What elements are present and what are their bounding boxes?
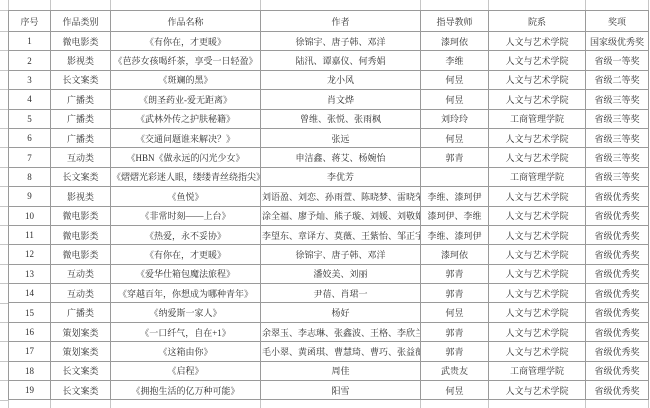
gridline-stub	[420, 0, 421, 10]
cell-category: 策划案类	[51, 322, 111, 341]
cell-category: 广播类	[51, 303, 111, 322]
table-row: 12 微电影类 《有你在，才更暖》 徐锦宇、唐子韩、邓洋 漆珂依 人文与艺术学院…	[9, 245, 649, 264]
cell-index: 18	[9, 361, 51, 380]
cell-index: 6	[9, 128, 51, 147]
table-row: 15 广播类 《纳爱斯一家人》 杨好 何昱 人文与艺术学院 省级优秀奖	[9, 303, 649, 322]
cell-authors: 刘语盈、刘恋、孙雨萱、陈晓梦、雷晓荣	[261, 187, 421, 206]
table-row: 18 长文案类 《启程》 周佳 武贵友 工商管理学院 省级优秀奖	[9, 361, 649, 380]
cell-award: 省级三等奖	[586, 167, 649, 186]
header-cell-faculty: 院系	[489, 11, 586, 32]
cell-faculty: 工商管理学院	[489, 109, 586, 128]
cell-index: 11	[9, 225, 51, 244]
cell-advisor: 漆珂依	[421, 245, 489, 264]
cell-title: 《穿越百年，你想成为哪种青年》	[111, 284, 261, 303]
cell-authors: 李望东、章译方、莫薇、王紫怡、邹正宇	[261, 225, 421, 244]
cell-category: 互动类	[51, 264, 111, 283]
gridline-stub	[488, 0, 489, 10]
gridline-stub	[260, 0, 261, 10]
cell-advisor	[421, 167, 489, 186]
gridline-stub	[0, 167, 8, 168]
cell-award: 省级优秀奖	[586, 264, 649, 283]
cell-faculty: 人文与艺术学院	[489, 284, 586, 303]
header-cell-category: 作品类别	[51, 11, 111, 32]
header-cell-award: 奖项	[586, 11, 649, 32]
cell-index: 5	[9, 109, 51, 128]
cell-authors: 杨好	[261, 303, 421, 322]
cell-award: 省级优秀奖	[586, 303, 649, 322]
cell-faculty: 人文与艺术学院	[489, 32, 586, 51]
cell-category: 微电影类	[51, 245, 111, 264]
cell-faculty: 人文与艺术学院	[489, 342, 586, 361]
table-row: 16 策划案类 《一口纤气，自在+1》 余翠玉、李志琳、张鑫波、王格、李欣兰 郭…	[9, 322, 649, 341]
cell-faculty: 人文与艺术学院	[489, 90, 586, 109]
cell-faculty: 人文与艺术学院	[489, 322, 586, 341]
cell-index: 2	[9, 51, 51, 70]
cell-advisor: 何昱	[421, 90, 489, 109]
cell-award: 省级优秀奖	[586, 361, 649, 380]
cell-authors: 余翠玉、李志琳、张鑫波、王格、李欣兰	[261, 322, 421, 341]
cell-category: 长文案类	[51, 381, 111, 400]
header-cell-index: 序号	[9, 11, 51, 32]
table-row: 8 长文案类 《熠熠光彩迷人眼，缕缕青丝绕指尖》 李优芳 工商管理学院 省级三等…	[9, 167, 649, 186]
cell-faculty: 人文与艺术学院	[489, 128, 586, 147]
cell-advisor: 漆珂伊、李维	[421, 206, 489, 225]
table-row: 2 影视类 《芭莎女孩喝纤茶，享受一日轻盈》 陆汛、谭嘉仪、何秀娟 李维 人文与…	[9, 51, 649, 70]
cell-faculty: 人文与艺术学院	[489, 148, 586, 167]
cell-faculty: 人文与艺术学院	[489, 225, 586, 244]
cell-authors: 李优芳	[261, 167, 421, 186]
cell-index: 14	[9, 284, 51, 303]
cell-index: 17	[9, 342, 51, 361]
cell-award: 省级三等奖	[586, 109, 649, 128]
cell-award: 省级优秀奖	[586, 284, 649, 303]
gridline-stub	[0, 31, 8, 32]
cell-title: 《启程》	[111, 361, 261, 380]
document-page: 序号 作品类别 作品名称 作者 指导教师 院系 奖项 1 微电影类 《有你在，才…	[0, 0, 650, 408]
cell-award: 省级优秀奖	[586, 187, 649, 206]
cell-award: 省级三等奖	[586, 90, 649, 109]
cell-index: 19	[9, 381, 51, 400]
table-row: 19 长文案类 《拥抱生活的亿万种可能》 阳雪 何昱 人文与艺术学院 省级优秀奖	[9, 381, 649, 400]
cell-category: 微电影类	[51, 32, 111, 51]
gridline-stub	[0, 380, 8, 381]
gridline-stub	[0, 206, 8, 207]
cell-title: 《交通问题谁来解决？》	[111, 128, 261, 147]
cell-title: 《鱼悦》	[111, 187, 261, 206]
cell-advisor: 何昱	[421, 70, 489, 89]
cell-faculty: 工商管理学院	[489, 361, 586, 380]
cell-faculty: 人文与艺术学院	[489, 206, 586, 225]
cell-award: 省级优秀奖	[586, 381, 649, 400]
gridline-stub	[585, 400, 586, 408]
table-header-row: 序号 作品类别 作品名称 作者 指导教师 院系 奖项	[9, 11, 649, 32]
cell-title: 《有你在，才更暖》	[111, 245, 261, 264]
gridline-stub	[0, 147, 8, 148]
cell-authors: 阳雪	[261, 381, 421, 400]
table-row: 1 微电影类 《有你在，才更暖》 徐锦宇、唐子韩、邓洋 漆珂依 人文与艺术学院 …	[9, 32, 649, 51]
cell-faculty: 人文与艺术学院	[489, 245, 586, 264]
cell-award: 省级优秀奖	[586, 206, 649, 225]
cell-index: 12	[9, 245, 51, 264]
cell-award: 省级优秀奖	[586, 322, 649, 341]
cell-category: 策划案类	[51, 342, 111, 361]
cell-title: 《HBN《做永远的闪光少女》	[111, 148, 261, 167]
table-row: 5 广播类 《武林外传之护肤秘籍》 曾维、张悦、张雨枫 刘玲玲 工商管理学院 省…	[9, 109, 649, 128]
cell-authors: 张远	[261, 128, 421, 147]
cell-award: 省级优秀奖	[586, 342, 649, 361]
gridline-stub	[0, 70, 8, 71]
cell-title: 《朗圣药业-爱无距离》	[111, 90, 261, 109]
cell-authors: 曾维、张悦、张雨枫	[261, 109, 421, 128]
gridline-stub	[0, 341, 8, 342]
gridline-stub	[0, 128, 8, 129]
cell-category: 微电影类	[51, 225, 111, 244]
table-row: 7 互动类 《HBN《做永远的闪光少女》 申洁鑫、蒋艾、杨婉怡 郭青 人文与艺术…	[9, 148, 649, 167]
cell-category: 微电影类	[51, 206, 111, 225]
gridline-stub	[0, 361, 8, 362]
gridline-stub	[0, 225, 8, 226]
gridline-stub	[0, 322, 8, 323]
cell-category: 长文案类	[51, 70, 111, 89]
cell-advisor: 何昱	[421, 381, 489, 400]
table-row: 11 微电影类 《热爱，永不妥协》 李望东、章译方、莫薇、王紫怡、邹正宇 李维、…	[9, 225, 649, 244]
cell-advisor: 郭青	[421, 148, 489, 167]
gridline-stub	[8, 0, 9, 10]
cell-title: 《一口纤气，自在+1》	[111, 322, 261, 341]
cell-faculty: 人文与艺术学院	[489, 70, 586, 89]
cell-index: 1	[9, 32, 51, 51]
cell-authors: 徐锦宇、唐子韩、邓洋	[261, 245, 421, 264]
gridline-stub	[110, 0, 111, 10]
cell-advisor: 郭青	[421, 322, 489, 341]
cell-faculty: 工商管理学院	[489, 167, 586, 186]
cell-advisor: 何昱	[421, 303, 489, 322]
cell-advisor: 郭青	[421, 342, 489, 361]
cell-category: 广播类	[51, 128, 111, 147]
cell-title: 《武林外传之护肤秘籍》	[111, 109, 261, 128]
cell-index: 8	[9, 167, 51, 186]
cell-title: 《这箱由你》	[111, 342, 261, 361]
cell-index: 13	[9, 264, 51, 283]
cell-index: 7	[9, 148, 51, 167]
table-row: 17 策划案类 《这箱由你》 毛小翠、黄函琪、曹慧琦、曹巧、张益薇 郭青 人文与…	[9, 342, 649, 361]
cell-title: 《拥抱生活的亿万种可能》	[111, 381, 261, 400]
cell-title: 《斑斓的黑》	[111, 70, 261, 89]
gridline-stub	[0, 400, 8, 401]
gridline-stub	[0, 50, 8, 51]
table-row: 3 长文案类 《斑斓的黑》 龙小风 何昱 人文与艺术学院 省级二等奖	[9, 70, 649, 89]
cell-title: 《纳爱斯一家人》	[111, 303, 261, 322]
gridline-stub	[0, 186, 8, 187]
cell-title: 《热爱，永不妥协》	[111, 225, 261, 244]
header-cell-advisor: 指导教师	[421, 11, 489, 32]
cell-authors: 陆汛、谭嘉仪、何秀娟	[261, 51, 421, 70]
cell-category: 广播类	[51, 109, 111, 128]
cell-index: 10	[9, 206, 51, 225]
cell-category: 长文案类	[51, 167, 111, 186]
gridline-stub	[0, 264, 8, 265]
gridline-stub	[585, 0, 586, 10]
table-row: 10 微电影类 《非常时刻——上台》 涂全福、廖予灿、熊子璇、刘媛、刘敬娟 漆珂…	[9, 206, 649, 225]
cell-award: 省级优秀奖	[586, 245, 649, 264]
cell-award: 省级三等奖	[586, 128, 649, 147]
gridline-stub	[0, 10, 8, 11]
gridline-stub	[648, 0, 649, 10]
gridline-stub	[0, 283, 8, 284]
cell-title: 《熠熠光彩迷人眼，缕缕青丝绕指尖》	[111, 167, 261, 186]
cell-advisor: 李维、漆珂伊	[421, 225, 489, 244]
cell-title: 《非常时刻——上台》	[111, 206, 261, 225]
cell-advisor: 李维、漆珂伊	[421, 187, 489, 206]
cell-category: 互动类	[51, 284, 111, 303]
cell-advisor: 武贵友	[421, 361, 489, 380]
cell-advisor: 郭青	[421, 284, 489, 303]
gridline-stub	[8, 400, 9, 408]
gridline-stub	[0, 109, 8, 110]
cell-advisor: 郭青	[421, 264, 489, 283]
gridline-stub	[0, 244, 8, 245]
cell-title: 《芭莎女孩喝纤茶，享受一日轻盈》	[111, 51, 261, 70]
cell-index: 4	[9, 90, 51, 109]
cell-index: 15	[9, 303, 51, 322]
cell-category: 长文案类	[51, 361, 111, 380]
cell-faculty: 人文与艺术学院	[489, 303, 586, 322]
cell-advisor: 刘玲玲	[421, 109, 489, 128]
gridline-stub	[50, 0, 51, 10]
table-body: 1 微电影类 《有你在，才更暖》 徐锦宇、唐子韩、邓洋 漆珂依 人文与艺术学院 …	[9, 32, 649, 400]
cell-category: 影视类	[51, 187, 111, 206]
cell-authors: 徐锦宇、唐子韩、邓洋	[261, 32, 421, 51]
cell-award: 省级一等奖	[586, 51, 649, 70]
table-row: 4 广播类 《朗圣药业-爱无距离》 肖文烨 何昱 人文与艺术学院 省级三等奖	[9, 90, 649, 109]
cell-index: 16	[9, 322, 51, 341]
cell-authors: 潘姣美、刘丽	[261, 264, 421, 283]
cell-faculty: 人文与艺术学院	[489, 187, 586, 206]
cell-award: 省级二等奖	[586, 70, 649, 89]
cell-advisor: 漆珂依	[421, 32, 489, 51]
cell-authors: 周佳	[261, 361, 421, 380]
gridline-stub	[648, 400, 649, 408]
cell-authors: 尹蓓、肖珺一	[261, 284, 421, 303]
cell-advisor: 何昱	[421, 128, 489, 147]
cell-faculty: 人文与艺术学院	[489, 51, 586, 70]
cell-authors: 毛小翠、黄函琪、曹慧琦、曹巧、张益薇	[261, 342, 421, 361]
cell-index: 3	[9, 70, 51, 89]
gridline-stub	[0, 303, 8, 304]
header-cell-title: 作品名称	[111, 11, 261, 32]
cell-authors: 申洁鑫、蒋艾、杨婉怡	[261, 148, 421, 167]
cell-title: 《有你在，才更暖》	[111, 32, 261, 51]
gridline-stub	[260, 400, 261, 408]
table-row: 13 互动类 《爱华仕箱包魔法旅程》 潘姣美、刘丽 郭青 人文与艺术学院 省级优…	[9, 264, 649, 283]
gridline-stub	[488, 400, 489, 408]
cell-award: 省级优秀奖	[586, 225, 649, 244]
cell-advisor: 李维	[421, 51, 489, 70]
cell-faculty: 人文与艺术学院	[489, 264, 586, 283]
cell-category: 影视类	[51, 51, 111, 70]
gridline-stub	[50, 400, 51, 408]
awards-table: 序号 作品类别 作品名称 作者 指导教师 院系 奖项 1 微电影类 《有你在，才…	[8, 10, 649, 400]
cell-category: 广播类	[51, 90, 111, 109]
gridline-stub	[0, 89, 8, 90]
table-row: 14 互动类 《穿越百年，你想成为哪种青年》 尹蓓、肖珺一 郭青 人文与艺术学院…	[9, 284, 649, 303]
table-row: 6 广播类 《交通问题谁来解决？》 张远 何昱 人文与艺术学院 省级三等奖	[9, 128, 649, 147]
gridline-stub	[420, 400, 421, 408]
cell-authors: 涂全福、廖予灿、熊子璇、刘媛、刘敬娟	[261, 206, 421, 225]
cell-faculty: 人文与艺术学院	[489, 381, 586, 400]
cell-authors: 龙小风	[261, 70, 421, 89]
cell-title: 《爱华仕箱包魔法旅程》	[111, 264, 261, 283]
cell-authors: 肖文烨	[261, 90, 421, 109]
gridline-stub	[110, 400, 111, 408]
header-cell-authors: 作者	[261, 11, 421, 32]
cell-award: 国家级优秀奖	[586, 32, 649, 51]
cell-award: 省级三等奖	[586, 148, 649, 167]
table-row: 9 影视类 《鱼悦》 刘语盈、刘恋、孙雨萱、陈晓梦、雷晓荣 李维、漆珂伊 人文与…	[9, 187, 649, 206]
cell-index: 9	[9, 187, 51, 206]
cell-category: 互动类	[51, 148, 111, 167]
